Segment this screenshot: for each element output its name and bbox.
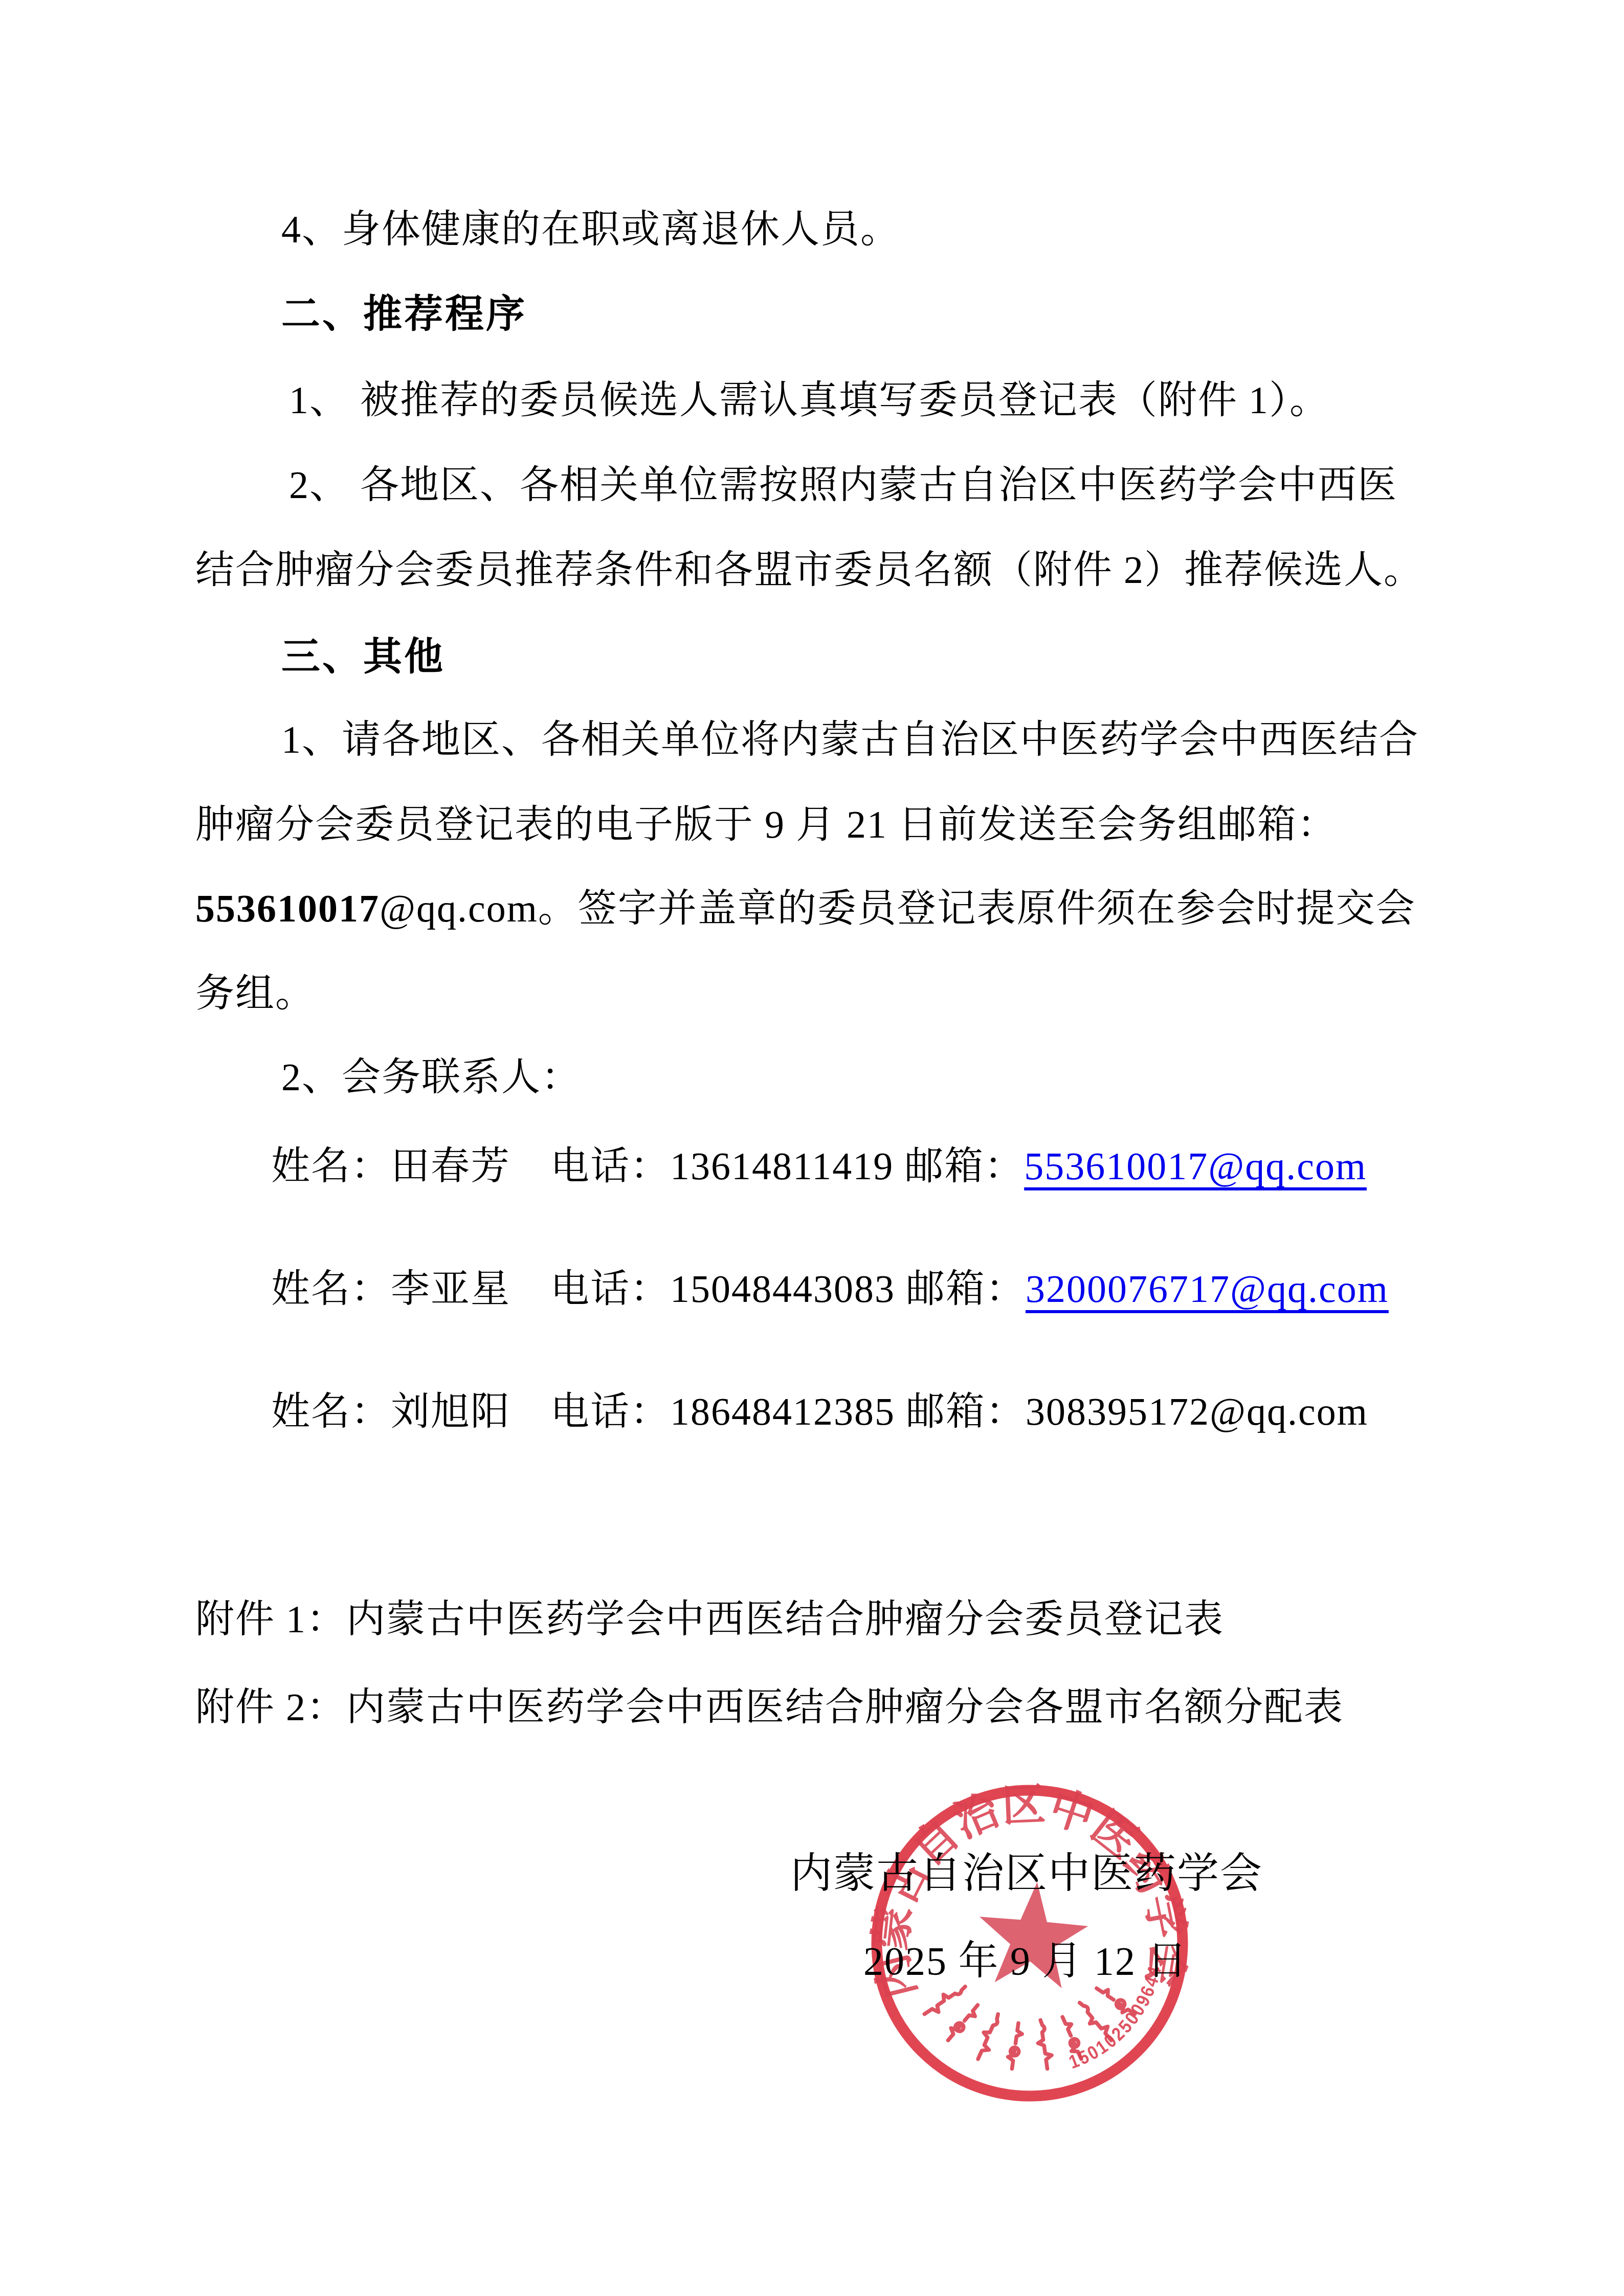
signature-layer: 内蒙古自治区中医药学会 2025 年 9 月 12 日 — [0, 0, 1624, 2296]
document-page: 内蒙古自治区中医药学会 15010250096449 4、身体健康的在职或离退休… — [0, 0, 1624, 2296]
signature-date: 2025 年 9 月 12 日 — [863, 1929, 1188, 1986]
signature-org: 内蒙古自治区中医药学会 — [790, 1840, 1263, 1900]
